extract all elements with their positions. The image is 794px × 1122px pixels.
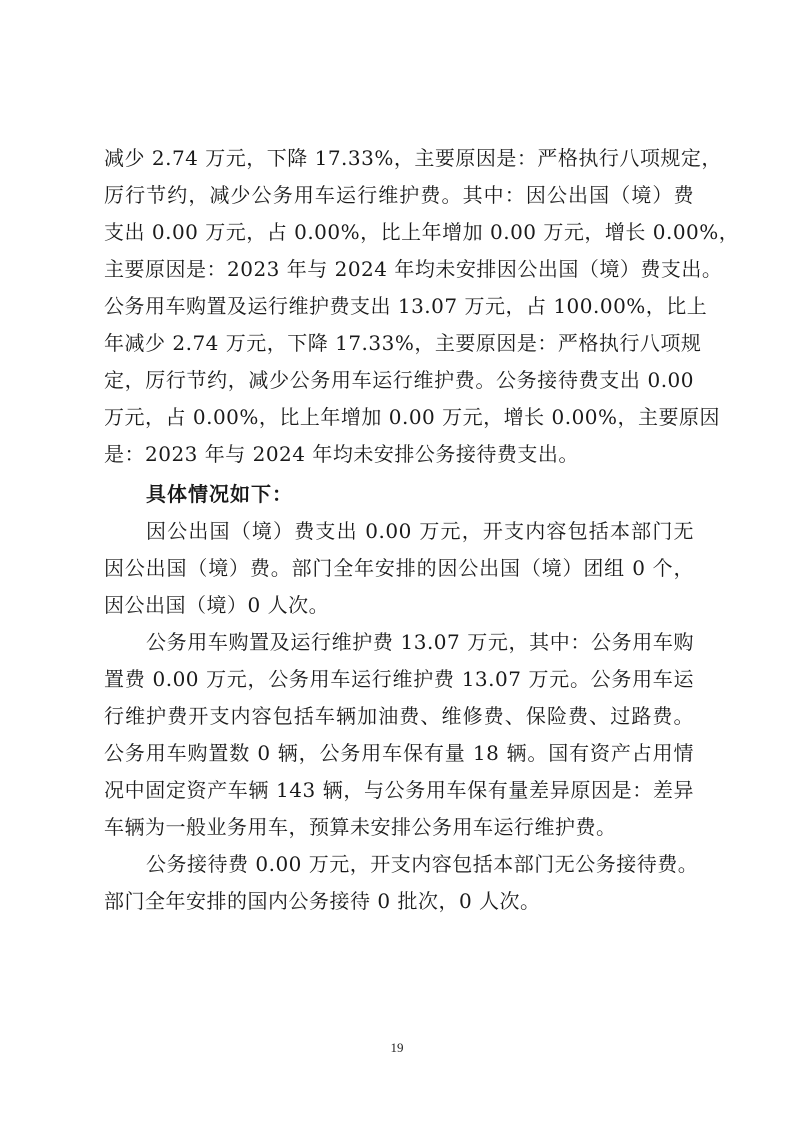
text-line: 部门全年安排的国内公务接待 0 批次，0 人次。 bbox=[104, 883, 694, 920]
text-line: 是：2023 年与 2024 年均未安排公务接待费支出。 bbox=[104, 436, 694, 473]
text-line: 公务接待费 0.00 万元，开支内容包括本部门无公务接待费。 bbox=[104, 846, 694, 883]
text-line: 行维护费开支内容包括车辆加油费、维修费、保险费、过路费。 bbox=[104, 698, 694, 735]
section-heading: 具体情况如下： bbox=[104, 476, 694, 513]
text-line: 因公出国（境）费。部门全年安排的因公出国（境）团组 0 个， bbox=[104, 550, 694, 587]
text-line: 支出 0.00 万元，占 0.00%，比上年增加 0.00 万元，增长 0.00… bbox=[104, 214, 694, 251]
paragraph-official-reception: 公务接待费 0.00 万元，开支内容包括本部门无公务接待费。 部门全年安排的国内… bbox=[104, 846, 694, 920]
text-line: 年减少 2.74 万元，下降 17.33%，主要原因是：严格执行八项规 bbox=[104, 325, 694, 362]
paragraph-official-vehicles: 公务用车购置及运行维护费 13.07 万元，其中：公务用车购 置费 0.00 万… bbox=[104, 624, 694, 846]
document-body: 减少 2.74 万元，下降 17.33%，主要原因是：严格执行八项规定， 厉行节… bbox=[104, 140, 694, 920]
text-line: 公务用车购置及运行维护费 13.07 万元，其中：公务用车购 bbox=[104, 624, 694, 661]
text-line: 公务用车购置及运行维护费支出 13.07 万元，占 100.00%，比上 bbox=[104, 288, 694, 325]
text-line: 厉行节约，减少公务用车运行维护费。其中：因公出国（境）费 bbox=[104, 177, 694, 214]
text-line: 因公出国（境）费支出 0.00 万元，开支内容包括本部门无 bbox=[104, 513, 694, 550]
text-line: 万元，占 0.00%，比上年增加 0.00 万元，增长 0.00%，主要原因 bbox=[104, 399, 694, 436]
text-line: 因公出国（境）0 人次。 bbox=[104, 587, 694, 624]
text-line: 减少 2.74 万元，下降 17.33%，主要原因是：严格执行八项规定， bbox=[104, 140, 694, 177]
text-line: 主要原因是：2023 年与 2024 年均未安排因公出国（境）费支出。 bbox=[104, 251, 694, 288]
text-line: 公务用车购置数 0 辆，公务用车保有量 18 辆。国有资产占用情 bbox=[104, 735, 694, 772]
text-line: 况中固定资产车辆 143 辆，与公务用车保有量差异原因是：差异 bbox=[104, 772, 694, 809]
document-page: 减少 2.74 万元，下降 17.33%，主要原因是：严格执行八项规定， 厉行节… bbox=[0, 0, 794, 1122]
page-number: 19 bbox=[0, 1040, 794, 1056]
text-line: 车辆为一般业务用车，预算未安排公务用车运行维护费。 bbox=[104, 809, 694, 846]
text-line: 定，厉行节约，减少公务用车运行维护费。公务接待费支出 0.00 bbox=[104, 362, 694, 399]
text-line: 置费 0.00 万元，公务用车运行维护费 13.07 万元。公务用车运 bbox=[104, 661, 694, 698]
paragraph-expenditure-summary: 减少 2.74 万元，下降 17.33%，主要原因是：严格执行八项规定， 厉行节… bbox=[104, 140, 694, 473]
paragraph-overseas-travel: 因公出国（境）费支出 0.00 万元，开支内容包括本部门无 因公出国（境）费。部… bbox=[104, 513, 694, 624]
